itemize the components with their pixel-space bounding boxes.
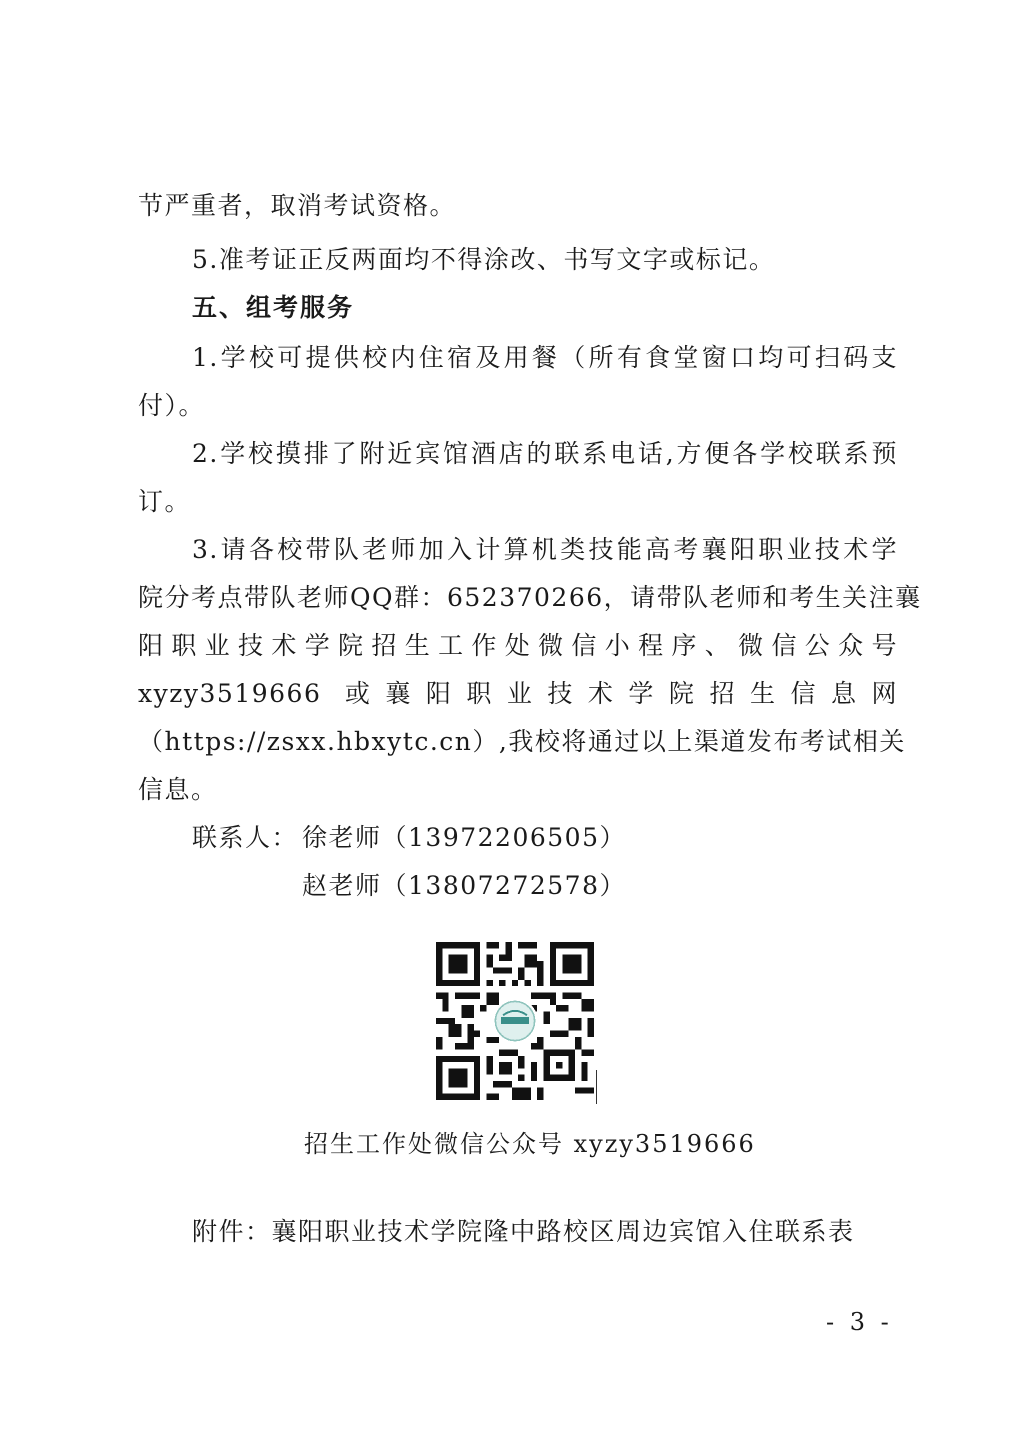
attachment-note: 附件：襄阳职业技术学院隆中路校区周边宾馆入住联系表 xyxy=(192,1214,855,1250)
text-cursor xyxy=(596,1070,597,1104)
list-item-3: 3.请各校带队老师加入计算机类技能高考襄阳职业技术学 xyxy=(192,532,898,568)
list-item-2: 2.学校摸排了附近宾馆酒店的联系电话,方便各学校联系预 xyxy=(192,436,898,472)
paragraph-line: xyzy3519666 或襄阳职业技术学院招生信息网 xyxy=(138,676,898,712)
paragraph-line: 信息。 xyxy=(138,772,898,808)
contact-phone: （13972206505） xyxy=(382,823,626,852)
section-heading: 五、组考服务 xyxy=(192,290,898,326)
website-line: （https://zsxx.hbxytc.cn）,我校将通过以上渠道发布考试相关 xyxy=(138,724,898,760)
qr-caption: 招生工作处微信公众号 xyzy3519666 xyxy=(304,1126,756,1162)
contact-phone: （13807272578） xyxy=(382,871,626,900)
page-number: - 3 - xyxy=(826,1304,893,1340)
list-item-1: 1.学校可提供校内住宿及用餐（所有食堂窗口均可扫码支 xyxy=(192,340,898,376)
qr-code-icon xyxy=(436,942,594,1100)
paragraph-line: 院分考点带队老师QQ群：652370266，请带队老师和考生关注襄 xyxy=(138,580,898,616)
contact-name: 徐老师 xyxy=(302,823,382,852)
contact-name: 赵老师 xyxy=(302,871,382,900)
contact-person: 徐老师（13972206505） xyxy=(302,820,626,856)
document-page: 节严重者，取消考试资格。 5.准考证正反两面均不得涂改、书写文字或标记。 五、组… xyxy=(0,0,1024,1448)
paragraph-line: 付）。 xyxy=(138,388,898,424)
paragraph-line: 订。 xyxy=(138,484,898,520)
paragraph-line: 节严重者，取消考试资格。 xyxy=(138,188,898,224)
contact-person: 赵老师（13807272578） xyxy=(302,868,626,904)
list-item-5: 5.准考证正反两面均不得涂改、书写文字或标记。 xyxy=(192,242,898,278)
paragraph-line: 阳职业技术学院招生工作处微信小程序、微信公众号 xyxy=(138,628,898,664)
contacts-label: 联系人： xyxy=(192,820,298,856)
